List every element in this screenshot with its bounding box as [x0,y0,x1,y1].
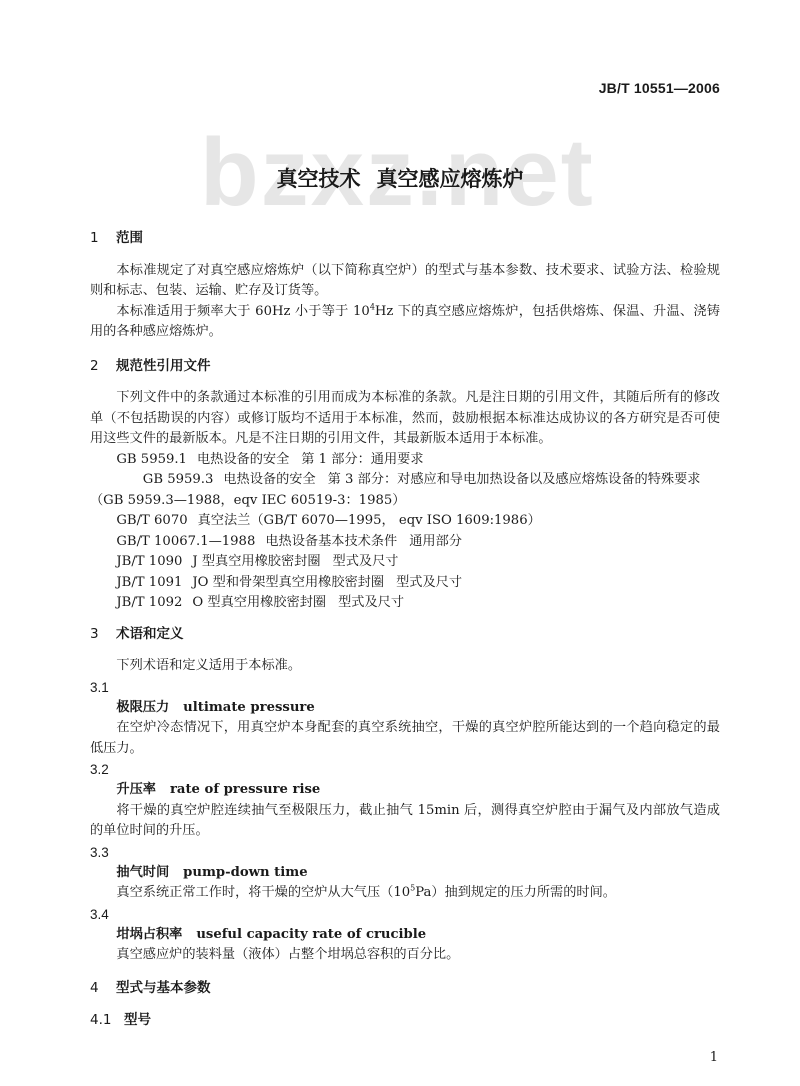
term-zh: 极限压力 [116,700,169,715]
section-title: 规范性引用文件 [116,358,211,374]
reference-item: JB/T 1090J 型真空用橡胶密封圈型式及尺寸 [90,552,720,573]
reference-item: GB 5959.3电热设备的安全第 3 部分：对感应和导电加热设备以及感应熔炼设… [90,470,720,511]
reference-title: JO 型和骨架型真空用橡胶密封圈 [192,575,384,590]
section-number: 1 [90,228,116,249]
scope-paragraph-1: 本标准规定了对真空感应熔炼炉（以下简称真空炉）的型式与基本参数、技术要求、试验方… [90,261,720,302]
term-zh: 抽气时间 [116,865,169,880]
section-number: 3 [90,624,116,645]
section-title: 型式与基本参数 [116,980,211,996]
term-en: rate of pressure rise [170,782,320,797]
title-part-1: 真空技术 [277,167,361,191]
section-number: 2 [90,356,116,377]
reference-item: JB/T 1091JO 型和骨架型真空用橡胶密封圈型式及尺寸 [90,573,720,594]
text-run: 真空系统正常工作时，将干燥的空炉从大气压（10 [116,885,410,900]
reference-code: GB/T 6070 [116,511,187,532]
section-3-heading: 3术语和定义 [90,624,720,645]
text-run: Pa）抽到规定的压力所需的时间。 [415,885,616,900]
reference-title: 电热设备的安全 [197,452,289,467]
term-heading: 极限压力ultimate pressure [90,698,720,719]
reference-code: GB/T 10067.1—1988 [116,532,255,553]
clause-number: 3.3 [90,842,720,863]
term-heading: 坩埚占积率useful capacity rate of crucible [90,925,720,946]
reference-code: JB/T 1091 [116,573,182,594]
reference-subtitle: 型式及尺寸 [338,595,404,610]
term-definition: 将干燥的真空炉腔连续抽气至极限压力，截止抽气 15min 后，测得真空炉腔由于漏… [90,801,720,842]
section-2-heading: 2规范性引用文件 [90,356,720,377]
terms-intro: 下列术语和定义适用于本标准。 [90,656,720,677]
section-4-1-heading: 4.1型号 [90,1010,720,1031]
term-en: useful capacity rate of crucible [196,927,426,942]
reference-subtitle: 型式及尺寸 [396,575,462,590]
scope-paragraph-2: 本标准适用于频率大于 60Hz 小于等于 104Hz 下的真空感应熔炼炉，包括供… [90,302,720,343]
reference-title: O 型真空用橡胶密封圈 [192,595,326,610]
reference-code: GB 5959.1 [116,450,187,471]
reference-subtitle: 型式及尺寸 [333,554,399,569]
reference-subtitle: 第 1 部分：通用要求 [301,452,423,467]
standard-code: JB/T 10551—2006 [599,80,720,96]
term-zh: 升压率 [116,782,156,797]
term-definition: 真空系统正常工作时，将干燥的空炉从大气压（105Pa）抽到规定的压力所需的时间。 [90,883,720,904]
title-part-2: 真空感应熔炼炉 [377,167,524,191]
reference-title: J 型真空用橡胶密封圈 [192,554,320,569]
clause-number: 3.1 [90,677,720,698]
reference-title: 电热设备基本技术条件 [265,534,397,549]
page-number: 1 [710,1050,718,1065]
document-title: 真空技术真空感应熔炼炉 [0,163,800,193]
reference-item: GB 5959.1电热设备的安全第 1 部分：通用要求 [90,450,720,471]
clause-number: 3.2 [90,759,720,780]
text-run: 本标准适用于频率大于 60Hz 小于等于 10 [116,304,369,319]
section-title: 型号 [124,1012,151,1028]
section-number: 4 [90,978,116,999]
normative-references-intro: 下列文件中的条款通过本标准的引用而成为本标准的条款。凡是注日期的引用文件，其随后… [90,388,720,450]
term-zh: 坩埚占积率 [116,927,182,942]
term-en: ultimate pressure [183,700,315,715]
term-definition: 在空炉冷态情况下，用真空炉本身配套的真空系统抽空，干燥的真空炉腔所能达到的一个趋… [90,718,720,759]
section-title: 范围 [116,230,143,246]
reference-title: 真空法兰（GB/T 6070—1995， eqv ISO 1609:1986） [198,513,541,528]
section-4-heading: 4型式与基本参数 [90,978,720,999]
reference-item: GB/T 6070真空法兰（GB/T 6070—1995， eqv ISO 16… [90,511,720,532]
document-page: JB/T 10551—2006 bzxz.net 真空技术真空感应熔炼炉 1范围… [0,0,800,1086]
reference-subtitle: 通用部分 [409,534,462,549]
reference-code: JB/T 1090 [116,552,182,573]
term-heading: 抽气时间pump-down time [90,863,720,884]
section-title: 术语和定义 [116,626,184,642]
reference-code: GB 5959.3 [116,470,213,491]
reference-code: JB/T 1092 [116,593,182,614]
term-en: pump-down time [183,865,307,880]
term-definition: 真空感应炉的装料量（液体）占整个坩埚总容积的百分比。 [90,945,720,966]
document-body: 1范围 本标准规定了对真空感应熔炼炉（以下简称真空炉）的型式与基本参数、技术要求… [90,228,720,1043]
reference-title: 电热设备的安全 [223,472,315,487]
reference-item: GB/T 10067.1—1988电热设备基本技术条件通用部分 [90,532,720,553]
reference-item: JB/T 1092O 型真空用橡胶密封圈型式及尺寸 [90,593,720,614]
section-1-heading: 1范围 [90,228,720,249]
term-heading: 升压率rate of pressure rise [90,780,720,801]
section-number: 4.1 [90,1010,124,1031]
clause-number: 3.4 [90,904,720,925]
